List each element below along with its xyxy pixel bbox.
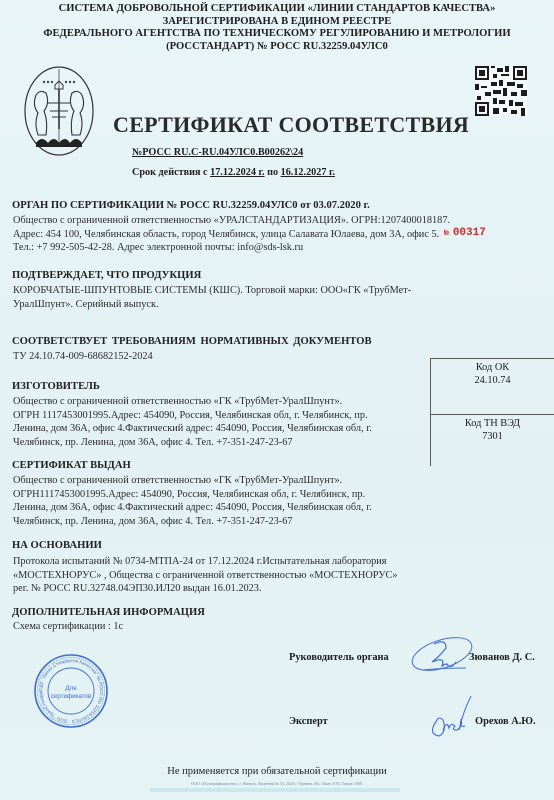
header-line: (РОССТАНДАРТ) № РОСС RU.32259.04УЛС0 (0, 41, 554, 54)
header-line: ФЕДЕРАЛЬНОГО АГЕНТСТВА ПО ТЕХНИЧЕСКОМУ Р… (0, 28, 554, 41)
footer-band (150, 788, 400, 792)
issued-to-line: Общество с ограниченной ответственностью… (13, 474, 372, 488)
blank-number-prefix: № (444, 229, 449, 238)
head-signature-icon (408, 630, 478, 678)
norms-heading: СООТВЕТСТВУЕТ ТРЕБОВАНИЯМ НОРМАТИВНЫХ ДО… (12, 336, 372, 347)
tnved-code-label: Код ТН ВЭД (431, 417, 554, 430)
expert-name: Орехов А.Ю. (475, 716, 536, 727)
body-line: Общество с ограниченной ответственностью… (13, 214, 450, 228)
round-seal-stamp: СДС "Линии Стандартов Качества" № РОСС R… (33, 653, 109, 729)
manufacturer-line: ОГРН 1117453001995.Адрес: 454090, Россия… (13, 409, 372, 423)
certificate-number: №РОСС RU.C-RU.04УЛС0.В00262\24 (132, 147, 303, 158)
header-line: ЗАРЕГИСТРИРОВАНА В ЕДИНОМ РЕЕСТРЕ (0, 16, 554, 29)
issued-to-heading: СЕРТИФИКАТ ВЫДАН (12, 460, 131, 471)
basis-line: Протокола испытаний № 0734-МТПА-24 от 17… (13, 555, 398, 569)
product-line: КОРОБЧАТЫЕ-ШПУНТОВЫЕ СИСТЕМЫ (КШС). Торг… (13, 284, 411, 298)
tnved-code-box: Код ТН ВЭД 7301 (430, 414, 554, 466)
norms-details: ТУ 24.10.74-009-68682152-2024 (13, 350, 153, 364)
validity-prefix: Срок действия с (132, 167, 210, 178)
product-details: КОРОБЧАТЫЕ-ШПУНТОВЫЕ СИСТЕМЫ (КШС). Торг… (13, 284, 411, 311)
validity-middle: по (265, 167, 281, 178)
seal-center-line: сертификатов (51, 693, 92, 700)
basis-line: «МОСТЕХНОРУС» , Общества с ограниченной … (13, 569, 398, 583)
head-of-body-name: Зюванов Д. С. (469, 652, 535, 663)
validity-period: Срок действия с 17.12.2024 г. по 16.12.2… (132, 167, 335, 178)
blank-serial-number: №00317 (444, 227, 486, 239)
manufacturer-line: Челябинск, пр. Ленина, дом 36А, офис 4. … (13, 436, 372, 450)
norm-line: ТУ 24.10.74-009-68682152-2024 (13, 350, 153, 364)
manufacturer-details: Общество с ограниченной ответственностью… (13, 395, 372, 449)
printer-fine-print: ООО «Полиграфкомплект», г. Ижевск, Лицен… (0, 781, 554, 786)
expert-label: Эксперт (289, 716, 328, 727)
okpd-code-box: Код ОК 24.10.74 (430, 358, 554, 414)
ok-code-value: 24.10.74 (431, 374, 554, 387)
body-line: Адрес: 454 100, Челябинская область, гор… (13, 228, 450, 242)
basis-details: Протокола испытаний № 0734-МТПА-24 от 17… (13, 555, 398, 596)
manufacturer-heading: ИЗГОТОВИТЕЛЬ (12, 381, 100, 392)
certification-scheme: Схема сертификации : 1с (13, 620, 123, 634)
manufacturer-line: Ленина, дом 36А, офис 4.Фактический адре… (13, 422, 372, 436)
header-line: СИСТЕМА ДОБРОВОЛЬНОЙ СЕРТИФИКАЦИИ «ЛИНИИ… (0, 3, 554, 16)
body-line: Тел.: +7 992-505-42-28. Адрес электронно… (13, 241, 450, 255)
additional-info-details: Схема сертификации : 1с (13, 620, 123, 634)
manufacturer-line: Общество с ограниченной ответственностью… (13, 395, 372, 409)
basis-heading: НА ОСНОВАНИИ (12, 540, 102, 551)
product-heading: ПОДТВЕРЖДАЕТ, ЧТО ПРОДУКЦИЯ (12, 270, 201, 281)
additional-info-heading: ДОПОЛНИТЕЛЬНАЯ ИНФОРМАЦИЯ (12, 607, 205, 618)
qr-code-icon[interactable] (475, 66, 527, 116)
validity-from: 17.12.2024 г. (210, 167, 264, 178)
registry-header: СИСТЕМА ДОБРОВОЛЬНОЙ СЕРТИФИКАЦИИ «ЛИНИИ… (0, 3, 554, 53)
coat-of-arms-bears-icon (22, 65, 96, 157)
footer-note: Не применяется при обязательной сертифик… (0, 766, 554, 777)
certification-body-details: Общество с ограниченной ответственностью… (13, 214, 450, 255)
ok-code-label: Код ОК (431, 361, 554, 374)
tnved-code-value: 7301 (431, 430, 554, 443)
validity-to: 16.12.2027 г. (281, 167, 335, 178)
issued-to-line: Челябинск, пр. Ленина, дом 36А, офис 4. … (13, 515, 372, 529)
issued-to-line: ОГРН1117453001995.Адрес: 454090, Россия,… (13, 488, 372, 502)
certificate-title: СЕРТИФИКАТ СООТВЕТСТВИЯ (113, 112, 469, 138)
expert-signature-icon (425, 694, 475, 740)
blank-number-value: 00317 (453, 227, 486, 239)
head-of-body-label: Руководитель органа (289, 652, 389, 663)
product-line: УралШпунт». Серийный выпуск. (13, 298, 411, 312)
certification-body-heading: ОРГАН ПО СЕРТИФИКАЦИИ № РОСС RU.32259.04… (12, 200, 370, 211)
basis-line: рег. № РОСС RU.32748.04ЭП30.ИЛ20 выдан 1… (13, 582, 398, 596)
issued-to-details: Общество с ограниченной ответственностью… (13, 474, 372, 528)
issued-to-line: Ленина, дом 36А, офис 4.Фактический адре… (13, 501, 372, 515)
seal-center-line: Для (65, 685, 76, 692)
